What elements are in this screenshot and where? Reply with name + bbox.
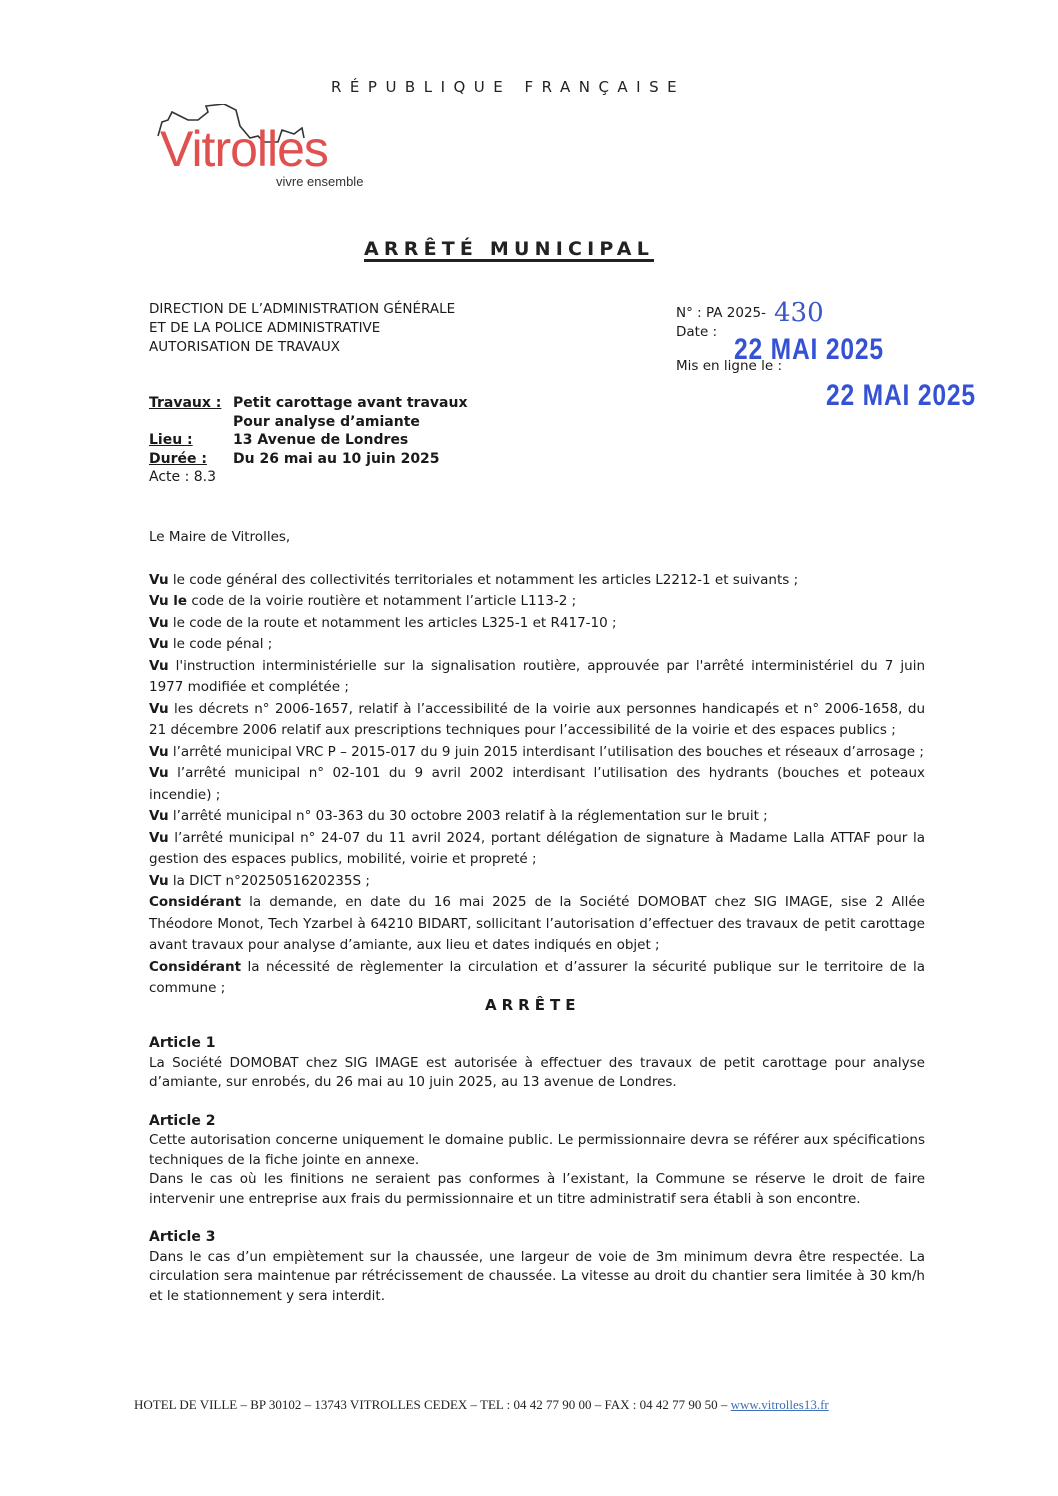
travaux-label: Travaux : [149, 394, 233, 413]
direction-line: DIRECTION DE L’ADMINISTRATION GÉNÉRALE [149, 300, 455, 319]
preamble-lead: Vu le [149, 593, 187, 609]
preamble-text: l’arrêté municipal n° 03-363 du 30 octob… [169, 808, 768, 824]
logo-wordmark: Vitrolles [160, 124, 328, 174]
logo-tagline: vivre ensemble [276, 174, 363, 189]
preamble-item: Vu l’arrêté municipal n° 24-07 du 11 avr… [149, 828, 925, 871]
preamble-text: le code général des collectivités territ… [169, 572, 799, 588]
preamble-list: Vu le code général des collectivités ter… [149, 570, 925, 1000]
document-title: ARRÊTÉ MUNICIPAL [364, 238, 654, 260]
preamble-text: code de la voirie routière et notamment … [187, 593, 576, 609]
decision-heading: ARRÊTE [485, 996, 580, 1014]
lieu-label: Lieu : [149, 431, 233, 450]
reference-number-handwritten: 430 [774, 298, 824, 328]
article-title: Article 3 [149, 1228, 925, 1248]
preamble-item: Vu le code de la route et notamment les … [149, 613, 925, 635]
preamble-text: la demande, en date du 16 mai 2025 de la… [149, 894, 925, 953]
article-paragraph: Dans le cas d’un empiètement sur la chau… [149, 1248, 925, 1307]
lieu-value: 13 Avenue de Londres [233, 431, 408, 450]
work-details: Travaux :Petit carottage avant travaux P… [149, 394, 467, 487]
preamble: Le Maire de Vitrolles, Vu le code généra… [149, 527, 925, 1000]
preamble-item: Vu le code de la voirie routière et nota… [149, 591, 925, 613]
preamble-text: le code pénal ; [169, 636, 273, 652]
preamble-text: l’arrêté municipal VRC P – 2015-017 du 9… [169, 744, 924, 760]
preamble-lead: Vu [149, 658, 169, 674]
article: Article 3Dans le cas d’un empiètement su… [149, 1228, 925, 1306]
article-paragraph: Dans le cas où les finitions ne seraient… [149, 1170, 925, 1209]
preamble-text: le code de la route et notamment les art… [169, 615, 617, 631]
preamble-lead: Vu [149, 873, 169, 889]
preamble-item: Vu l'instruction interministérielle sur … [149, 656, 925, 699]
direction-line: AUTORISATION DE TRAVAUX [149, 338, 455, 357]
preamble-lead: Vu [149, 701, 169, 717]
preamble-item: Vu le code pénal ; [149, 634, 925, 656]
articles-section: Article 1La Société DOMOBAT chez SIG IMA… [149, 1034, 925, 1325]
preamble-lead: Vu [149, 830, 169, 846]
article-title: Article 1 [149, 1034, 925, 1054]
website-link[interactable]: www.vitrolles13.fr [731, 1397, 829, 1412]
preamble-lead: Vu [149, 615, 169, 631]
duree-label: Durée : [149, 450, 233, 469]
preamble-item: Vu l’arrêté municipal n° 03-363 du 30 oc… [149, 806, 925, 828]
preamble-text: l'instruction interministérielle sur la … [149, 658, 925, 696]
preamble-item: Vu les décrets n° 2006-1657, relatif à l… [149, 699, 925, 742]
article-title: Article 2 [149, 1112, 925, 1132]
republique-francaise-heading: RÉPUBLIQUE FRANÇAISE [331, 78, 685, 96]
date-stamp: 22 MAI 2025 [734, 333, 884, 367]
preamble-lead: Vu [149, 765, 169, 781]
preamble-lead: Considérant [149, 959, 241, 975]
preamble-lead: Vu [149, 572, 169, 588]
article-paragraph: La Société DOMOBAT chez SIG IMAGE est au… [149, 1054, 925, 1093]
article: Article 2Cette autorisation concerne uni… [149, 1112, 925, 1210]
preamble-lead: Vu [149, 744, 169, 760]
preamble-text: la nécessité de règlementer la circulati… [149, 959, 925, 997]
reference-number-label: N° : PA 2025- [676, 305, 766, 321]
article-paragraph: Cette autorisation concerne uniquement l… [149, 1131, 925, 1170]
preamble-item: Vu le code général des collectivités ter… [149, 570, 925, 592]
article: Article 1La Société DOMOBAT chez SIG IMA… [149, 1034, 925, 1093]
direction-block: DIRECTION DE L’ADMINISTRATION GÉNÉRALE E… [149, 300, 455, 357]
footer: HOTEL DE VILLE – BP 30102 – 13743 VITROL… [134, 1397, 829, 1413]
vitrolles-logo: Vitrolles vivre ensemble [154, 104, 404, 194]
footer-address: HOTEL DE VILLE – BP 30102 – 13743 VITROL… [134, 1397, 731, 1412]
duree-value: Du 26 mai au 10 juin 2025 [233, 450, 440, 469]
acte-value: Acte : 8.3 [149, 468, 216, 487]
travaux-value-2: Pour analyse d’amiante [233, 413, 420, 432]
travaux-value: Petit carottage avant travaux [233, 394, 467, 413]
preamble-lead: Considérant [149, 894, 241, 910]
preamble-item: Vu l’arrêté municipal VRC P – 2015-017 d… [149, 742, 925, 764]
preamble-lead: Vu [149, 808, 169, 824]
preamble-text: l’arrêté municipal n° 02-101 du 9 avril … [149, 765, 925, 803]
preamble-text: les décrets n° 2006-1657, relatif à l’ac… [149, 701, 925, 739]
salutation: Le Maire de Vitrolles, [149, 527, 925, 549]
preamble-item: Considérant la nécessité de règlementer … [149, 957, 925, 1000]
online-date-stamp: 22 MAI 2025 [826, 379, 976, 413]
preamble-text: la DICT n°2025051620235S ; [169, 873, 370, 889]
direction-line: ET DE LA POLICE ADMINISTRATIVE [149, 319, 455, 338]
preamble-item: Vu l’arrêté municipal n° 02-101 du 9 avr… [149, 763, 925, 806]
reference-number: N° : PA 2025-430 [676, 300, 824, 323]
preamble-text: l’arrêté municipal n° 24-07 du 11 avril … [149, 830, 925, 868]
preamble-item: Vu la DICT n°2025051620235S ; [149, 871, 925, 893]
preamble-lead: Vu [149, 636, 169, 652]
preamble-item: Considérant la demande, en date du 16 ma… [149, 892, 925, 957]
